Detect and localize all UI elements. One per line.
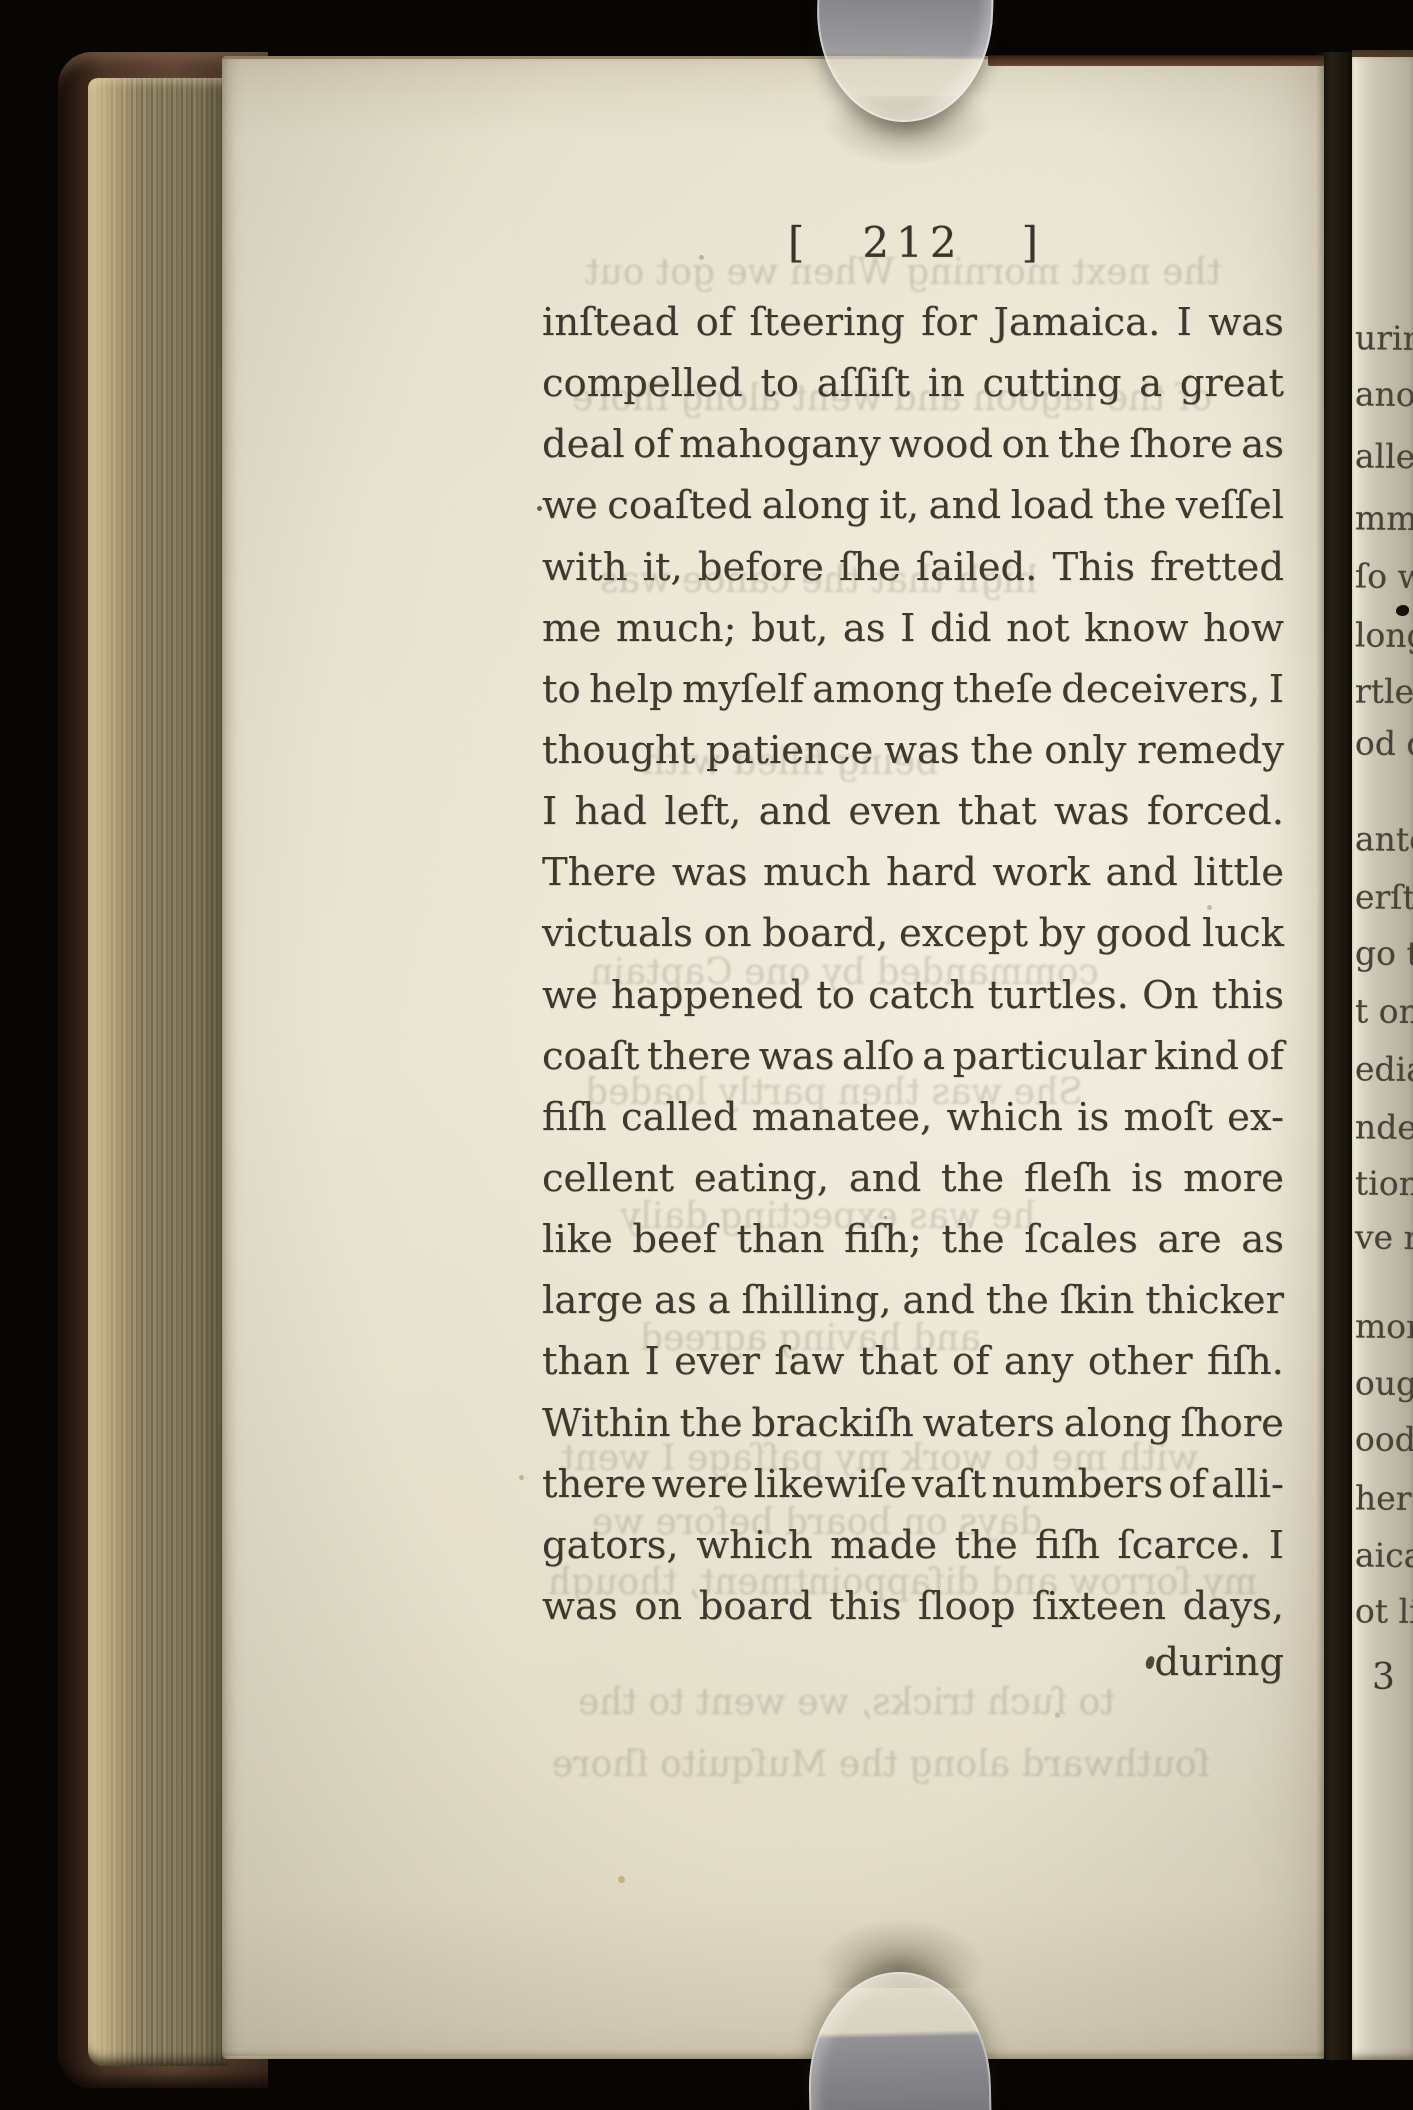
ink-blot — [1396, 605, 1409, 616]
edge-text-fragment: ood for — [1355, 1419, 1413, 1459]
catchword: during — [542, 1640, 1284, 1685]
edge-text-fragment: rtle ſh — [1355, 671, 1413, 711]
ink-speck — [537, 506, 542, 511]
edge-text-fragment: anothe — [1355, 374, 1413, 414]
edge-text-fragment: od qu — [1355, 724, 1413, 764]
text-line: wehappenedtocatchturtles.Onthis — [542, 973, 1284, 1034]
edge-text-fragment: erſtandi — [1355, 877, 1413, 917]
page-fore-edges — [88, 78, 228, 2066]
text-line: Therewasmuchhardworkandlittle — [542, 850, 1284, 911]
edge-text-fragment: aica in — [1355, 1535, 1413, 1575]
text-line: compelledtoaſſiſtincuttingagreat — [542, 361, 1284, 422]
bleedthrough-text: to ſuch tricks, we went to the — [578, 1682, 1115, 1723]
text-line: cellenteating,andthefleſhismore — [542, 1156, 1284, 1217]
edge-text-fragment: go to J — [1355, 933, 1413, 973]
next-page-sliver: uring wh anothe aller ſl mmanc ſo was lo… — [1352, 50, 1413, 2060]
cover-board-top-edge — [988, 55, 1324, 66]
edge-text-fragment: ve me — [1355, 1217, 1413, 1257]
header-open-bracket: [ — [788, 218, 804, 267]
text-line: victualsonboard,exceptbygoodluck — [542, 911, 1284, 972]
edge-text-fragment: uring wh — [1355, 318, 1413, 359]
page-text-block: inſteadofſteeringforJamaica.Iwas compell… — [542, 300, 1284, 1650]
page-number: 212 — [862, 218, 963, 267]
bleedthrough-text: ſouthward along the Muſquito ſhore — [552, 1744, 1210, 1785]
edge-text-fragment: t one o — [1355, 991, 1413, 1031]
edge-text-fragment: her cap — [1355, 1478, 1413, 1518]
text-line: wecoaſtedalongit,andloadtheveſſel — [542, 483, 1284, 544]
edge-text-fragment: mmanc — [1355, 498, 1413, 538]
text-line: therewerelikewiſevaſtnumbersofalli- — [542, 1462, 1284, 1523]
text-line: largeasaſhilling,andtheſkinthicker — [542, 1278, 1284, 1339]
text-line: tohelpmyſelfamongtheſedeceivers,I — [542, 667, 1284, 728]
edge-text-fragment: anted ſo — [1355, 819, 1413, 859]
text-line: memuch;but,asIdidnotknowhow — [542, 606, 1284, 667]
text-line: coaſttherewasalſoaparticularkindof — [542, 1034, 1284, 1095]
next-page-top-edge — [1352, 50, 1413, 57]
text-line: likebeefthanfiſh;theſcalesareas — [542, 1217, 1284, 1278]
gutter-shadow — [1316, 52, 1354, 2060]
text-line: Withinthebrackiſhwatersalongſhore — [542, 1401, 1284, 1462]
edge-text-fragment: ediately — [1355, 1049, 1413, 1089]
text-line: dealofmahoganywoodontheſhoreas — [542, 422, 1284, 483]
edge-text-fragment: ot liſten — [1355, 1591, 1413, 1631]
text-line: withit,beforeſheſailed.Thisfretted — [542, 545, 1284, 606]
text-line: fiſhcalledmanatee,whichismoſtex- — [542, 1095, 1284, 1156]
text-line: inſteadofſteeringforJamaica.Iwas — [542, 300, 1284, 361]
edge-text-fragment: tion a — [1355, 1164, 1413, 1204]
edge-text-fragment: month — [1355, 1306, 1413, 1346]
text-line: Ihadleft,andeventhatwasforced. — [542, 789, 1284, 850]
text-line: wasonboardthisſloopſixteendays, — [542, 1584, 1284, 1645]
edge-text-fragment: aller ſl — [1355, 436, 1413, 476]
text-line: gators,whichmadethefiſhſcarce.I — [542, 1523, 1284, 1584]
book-scan-photo: the next morning When we got out of the … — [0, 0, 1413, 2110]
text-line: thanIeverſawthatofanyotherfiſh. — [542, 1339, 1284, 1400]
edge-text-fragment: ought t — [1355, 1363, 1413, 1403]
paper-specks — [0, 0, 3, 3]
edge-text-fragment: nded to — [1355, 1107, 1413, 1147]
text-line: thoughtpatiencewastheonlyremedy — [542, 728, 1284, 789]
edge-text-fragment: ſo was — [1355, 556, 1413, 596]
header-close-bracket: ] — [1022, 218, 1038, 267]
page-number-header: [ 212 ] — [542, 218, 1284, 270]
edge-text-fragment: long tin — [1355, 615, 1413, 655]
signature-mark: 3 — [1372, 1657, 1395, 1698]
